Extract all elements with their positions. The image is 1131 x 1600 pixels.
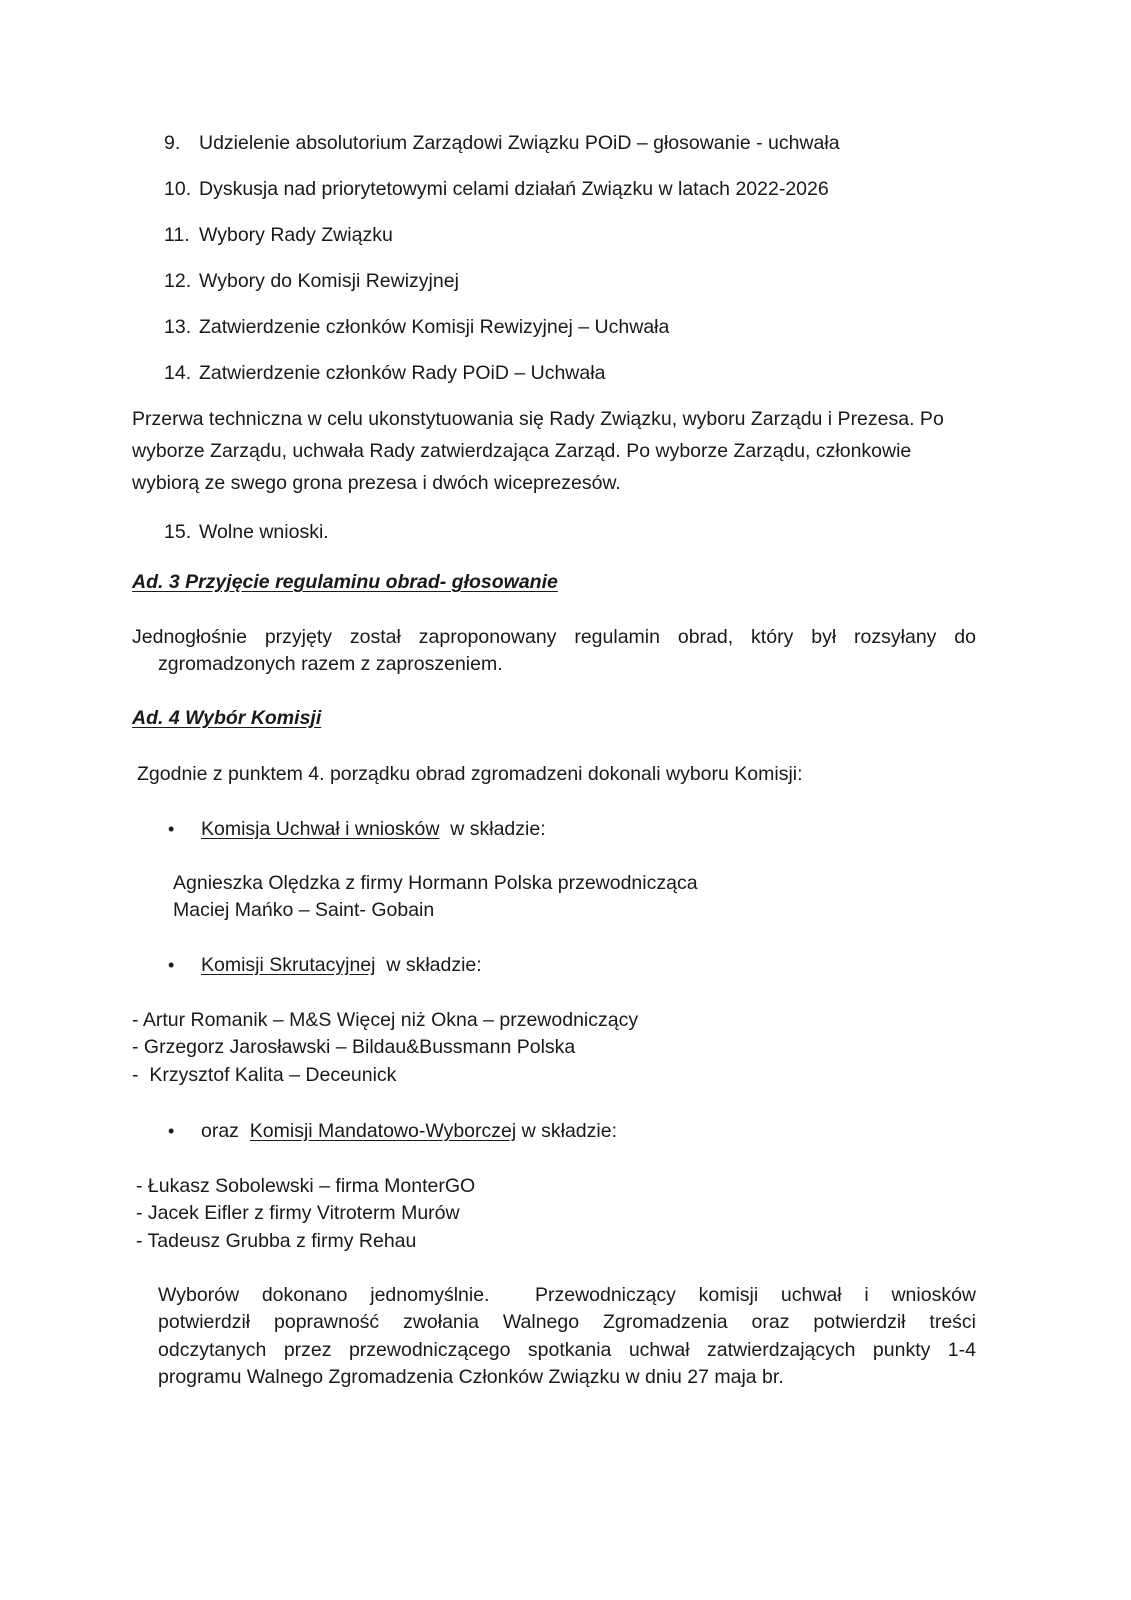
section-heading: Ad. 3 Przyjęcie regulaminu obrad- głosow… xyxy=(132,571,558,594)
section3-text-line: zgromadzonych razem z zaproszeniem. xyxy=(158,653,503,676)
bullet-icon: • xyxy=(168,955,201,976)
commission-member: - Krzysztof Kalita – Deceunick xyxy=(132,1064,396,1087)
agenda-item: 14.Zatwierdzenie członków Rady POiD – Uc… xyxy=(164,362,605,385)
agenda-item: 9.Udzielenie absolutorium Zarządowi Zwią… xyxy=(164,132,840,155)
commission-member: - Łukasz Sobolewski – firma MonterGO xyxy=(136,1175,475,1198)
commission-member: - Jacek Eifler z firmy Vitroterm Murów xyxy=(136,1202,460,1225)
commission-name: Komisja Uchwał i wniosków xyxy=(201,818,439,840)
section-heading: Ad. 4 Wybór Komisji xyxy=(132,707,321,730)
commission-member: Agnieszka Olędzka z firmy Hormann Polska… xyxy=(173,872,698,895)
commission-bullet: •Komisji Skrutacyjnej w składzie: xyxy=(168,954,482,977)
break-paragraph-line: wybiorą ze swego grona prezesa i dwóch w… xyxy=(132,472,621,495)
agenda-item: 12.Wybory do Komisji Rewizyjnej xyxy=(164,270,459,293)
summary-line: programu Walnego Zgromadzenia Członków Z… xyxy=(158,1366,784,1389)
summary-line: odczytanych przez przewodniczącego spotk… xyxy=(158,1339,976,1362)
commission-bullet: •oraz Komisji Mandatowo-Wyborczej w skła… xyxy=(168,1120,617,1143)
commission-bullet: •Komisja Uchwał i wniosków w składzie: xyxy=(168,818,546,841)
bullet-icon: • xyxy=(168,819,201,840)
commission-member: - Tadeusz Grubba z firmy Rehau xyxy=(136,1230,416,1253)
bullet-icon: • xyxy=(168,1121,201,1142)
agenda-item: 13.Zatwierdzenie członków Komisji Rewizy… xyxy=(164,316,669,339)
summary-line: potwierdził poprawność zwołania Walnego … xyxy=(158,1311,976,1334)
section3-text-line: Jednogłośnie przyjęty został zaproponowa… xyxy=(132,626,976,649)
break-paragraph-line: wyborze Zarządu, uchwała Rady zatwierdza… xyxy=(132,440,911,463)
commission-name: Komisji Mandatowo-Wyborczej xyxy=(250,1120,516,1142)
commission-member: Maciej Mańko – Saint- Gobain xyxy=(173,899,434,922)
agenda-item: 15.Wolne wnioski. xyxy=(164,521,329,544)
break-paragraph-line: Przerwa techniczna w celu ukonstytuowani… xyxy=(132,408,944,431)
commission-member: - Artur Romanik – M&S Więcej niż Okna – … xyxy=(132,1009,638,1032)
agenda-item: 10.Dyskusja nad priorytetowymi celami dz… xyxy=(164,178,829,201)
agenda-item: 11.Wybory Rady Związku xyxy=(164,224,393,247)
commission-member: - Grzegorz Jarosławski – Bildau&Bussmann… xyxy=(132,1036,575,1059)
summary-line: Wyborów dokonano jednomyślnie. Przewodni… xyxy=(158,1284,976,1307)
commission-name: Komisji Skrutacyjnej xyxy=(201,954,375,976)
section4-intro: Zgodnie z punktem 4. porządku obrad zgro… xyxy=(137,763,803,786)
